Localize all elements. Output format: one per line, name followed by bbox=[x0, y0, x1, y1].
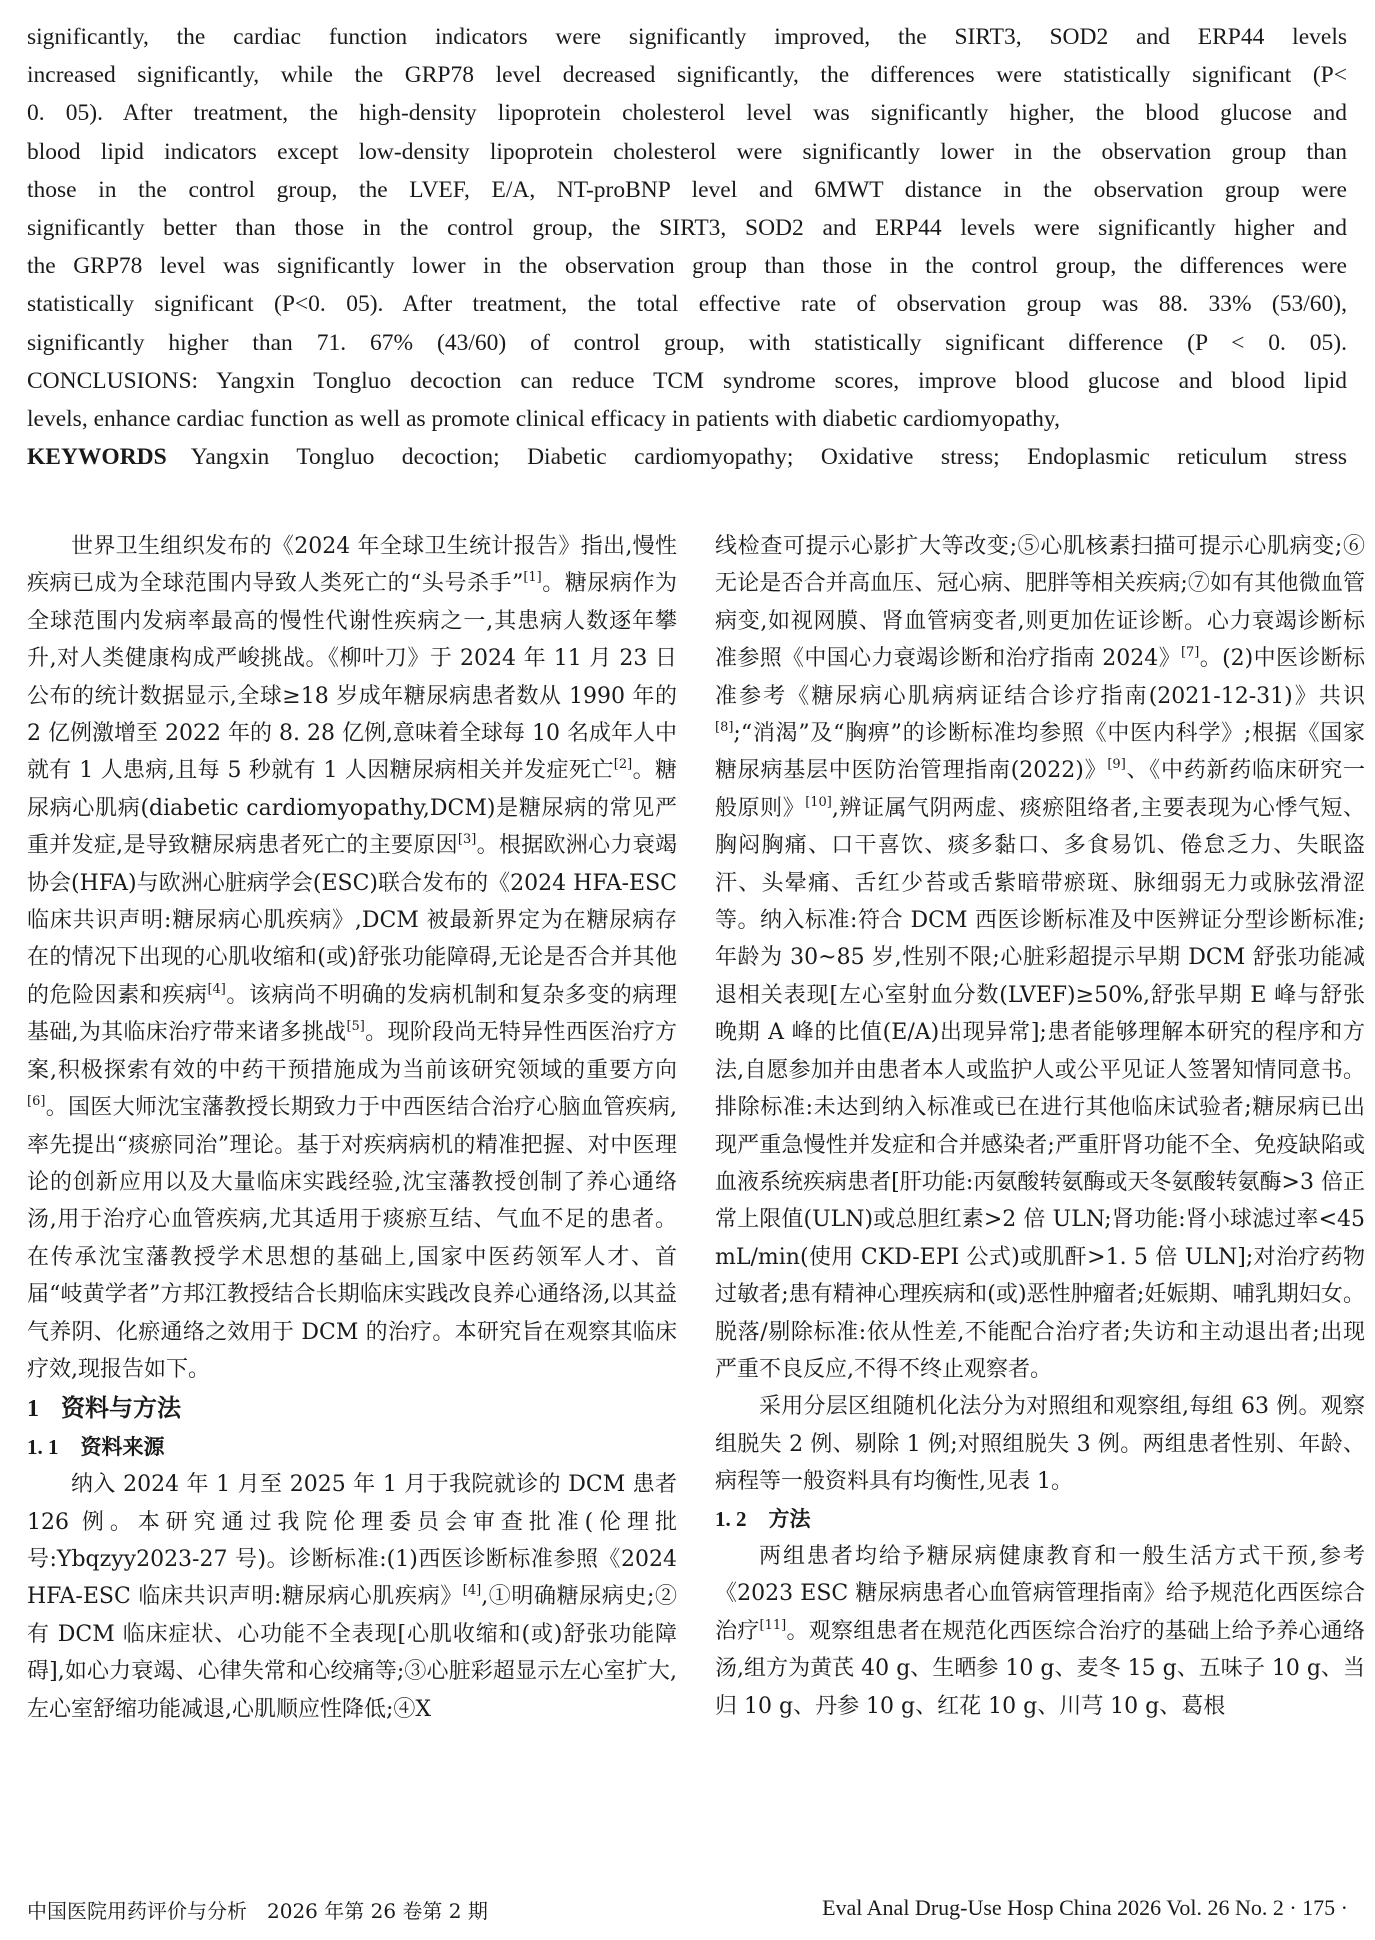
section-number: 1. 1 bbox=[27, 1435, 59, 1459]
abstract-line: increased significantly, while the GRP78… bbox=[27, 56, 1347, 94]
section-heading-1-2: 1. 2方法 bbox=[715, 1501, 1365, 1538]
text-run: 。观察组患者在规范化西医综合治疗的基础上给予养心通络汤,组方为黄芪 40 g、生… bbox=[715, 1619, 1365, 1719]
citation-ref: [6] bbox=[27, 1094, 45, 1109]
keywords-line: KEYWORDSYangxin Tongluo decoction; Diabe… bbox=[27, 438, 1347, 476]
journal-footer-en: Eval Anal Drug-Use Hosp China 2026 Vol. … bbox=[822, 1895, 1348, 1921]
section-heading-1: 1资料与方法 bbox=[27, 1390, 677, 1428]
abstract-line: blood lipid indicators except low-densit… bbox=[27, 133, 1347, 171]
citation-ref: [9] bbox=[1107, 757, 1125, 772]
citation-ref: [1] bbox=[523, 570, 541, 585]
method-paragraph: 两组患者均给予糖尿病健康教育和一般生活方式干预,参考《2023 ESC 糖尿病患… bbox=[715, 1538, 1365, 1725]
keywords-label: KEYWORDS bbox=[27, 444, 167, 470]
citation-ref: [7] bbox=[1181, 645, 1199, 660]
citation-ref: [11] bbox=[760, 1618, 787, 1633]
intro-paragraph: 世界卫生组织发布的《2024 年全球卫生统计报告》指出,慢性疾病已成为全球范围内… bbox=[27, 528, 677, 1388]
section-title: 资料与方法 bbox=[61, 1394, 181, 1422]
abstract-line: levels, enhance cardiac function as well… bbox=[27, 400, 1347, 438]
text-run: ,辨证属气阴两虚、痰瘀阻络者,主要表现为心悸气短、胸闷胸痛、口干喜饮、痰多黏口、… bbox=[715, 796, 1365, 1382]
section-title: 资料来源 bbox=[81, 1435, 165, 1459]
abstract-line: the GRP78 level was significantly lower … bbox=[27, 247, 1347, 285]
citation-ref: [5] bbox=[346, 1019, 364, 1034]
section-heading-1-1: 1. 1资料来源 bbox=[27, 1429, 677, 1466]
abstract-line: significantly, the cardiac function indi… bbox=[27, 18, 1347, 56]
citation-ref: [4] bbox=[207, 982, 225, 997]
citation-ref: [4] bbox=[463, 1583, 481, 1598]
journal-footer-cn: 中国医院用药评价与分析 2026 年第 26 卷第 2 期 bbox=[27, 1895, 488, 1924]
text-run: 。糖尿病作为全球范围内发病率最高的慢性代谢性疾病之一,其患病人数逐年攀升,对人类… bbox=[27, 571, 677, 783]
section-number: 1. 2 bbox=[715, 1507, 747, 1531]
abstract-line: those in the control group, the LVEF, E/… bbox=[27, 171, 1347, 209]
section-number: 1 bbox=[27, 1396, 39, 1422]
source-paragraph: 纳入 2024 年 1 月至 2025 年 1 月于我院就诊的 DCM 患者 1… bbox=[27, 1466, 677, 1728]
citation-ref: [3] bbox=[458, 832, 476, 847]
abstract-line: CONCLUSIONS: Yangxin Tongluo decoction c… bbox=[27, 362, 1347, 400]
text-run: 。国医大师沈宝藩教授长期致力于中西医结合治疗心脑血管疾病,率先提出“痰瘀同治”理… bbox=[27, 1095, 677, 1382]
abstract-line: statistically significant (P<0. 05). Aft… bbox=[27, 285, 1347, 323]
abstract-line: 0. 05). After treatment, the high-densit… bbox=[27, 94, 1347, 132]
abstract-line: significantly better than those in the c… bbox=[27, 209, 1347, 247]
keywords-text: Yangxin Tongluo decoction; Diabetic card… bbox=[191, 444, 1347, 470]
randomization-paragraph: 采用分层区组随机化法分为对照组和观察组,每组 63 例。观察组脱失 2 例、剔除… bbox=[715, 1388, 1365, 1500]
text-run: 。根据欧洲心力衰竭协会(HFA)与欧洲心脏病学会(ESC)联合发布的《2024 … bbox=[27, 833, 677, 1008]
abstract-line: significantly higher than 71. 67% (43/60… bbox=[27, 324, 1347, 362]
citation-ref: [2] bbox=[614, 757, 632, 772]
criteria-paragraph: 线检查可提示心影扩大等改变;⑤心肌核素扫描可提示心肌病变;⑥无论是否合并高血压、… bbox=[715, 528, 1365, 1388]
citation-ref: [10] bbox=[805, 795, 832, 810]
citation-ref: [8] bbox=[715, 720, 733, 735]
section-title: 方法 bbox=[769, 1507, 811, 1531]
abstract-continuation: significantly, the cardiac function indi… bbox=[27, 18, 1347, 476]
left-column: 世界卫生组织发布的《2024 年全球卫生统计报告》指出,慢性疾病已成为全球范围内… bbox=[27, 528, 677, 1728]
right-column: 线检查可提示心影扩大等改变;⑤心肌核素扫描可提示心肌病变;⑥无论是否合并高血压、… bbox=[715, 528, 1365, 1725]
